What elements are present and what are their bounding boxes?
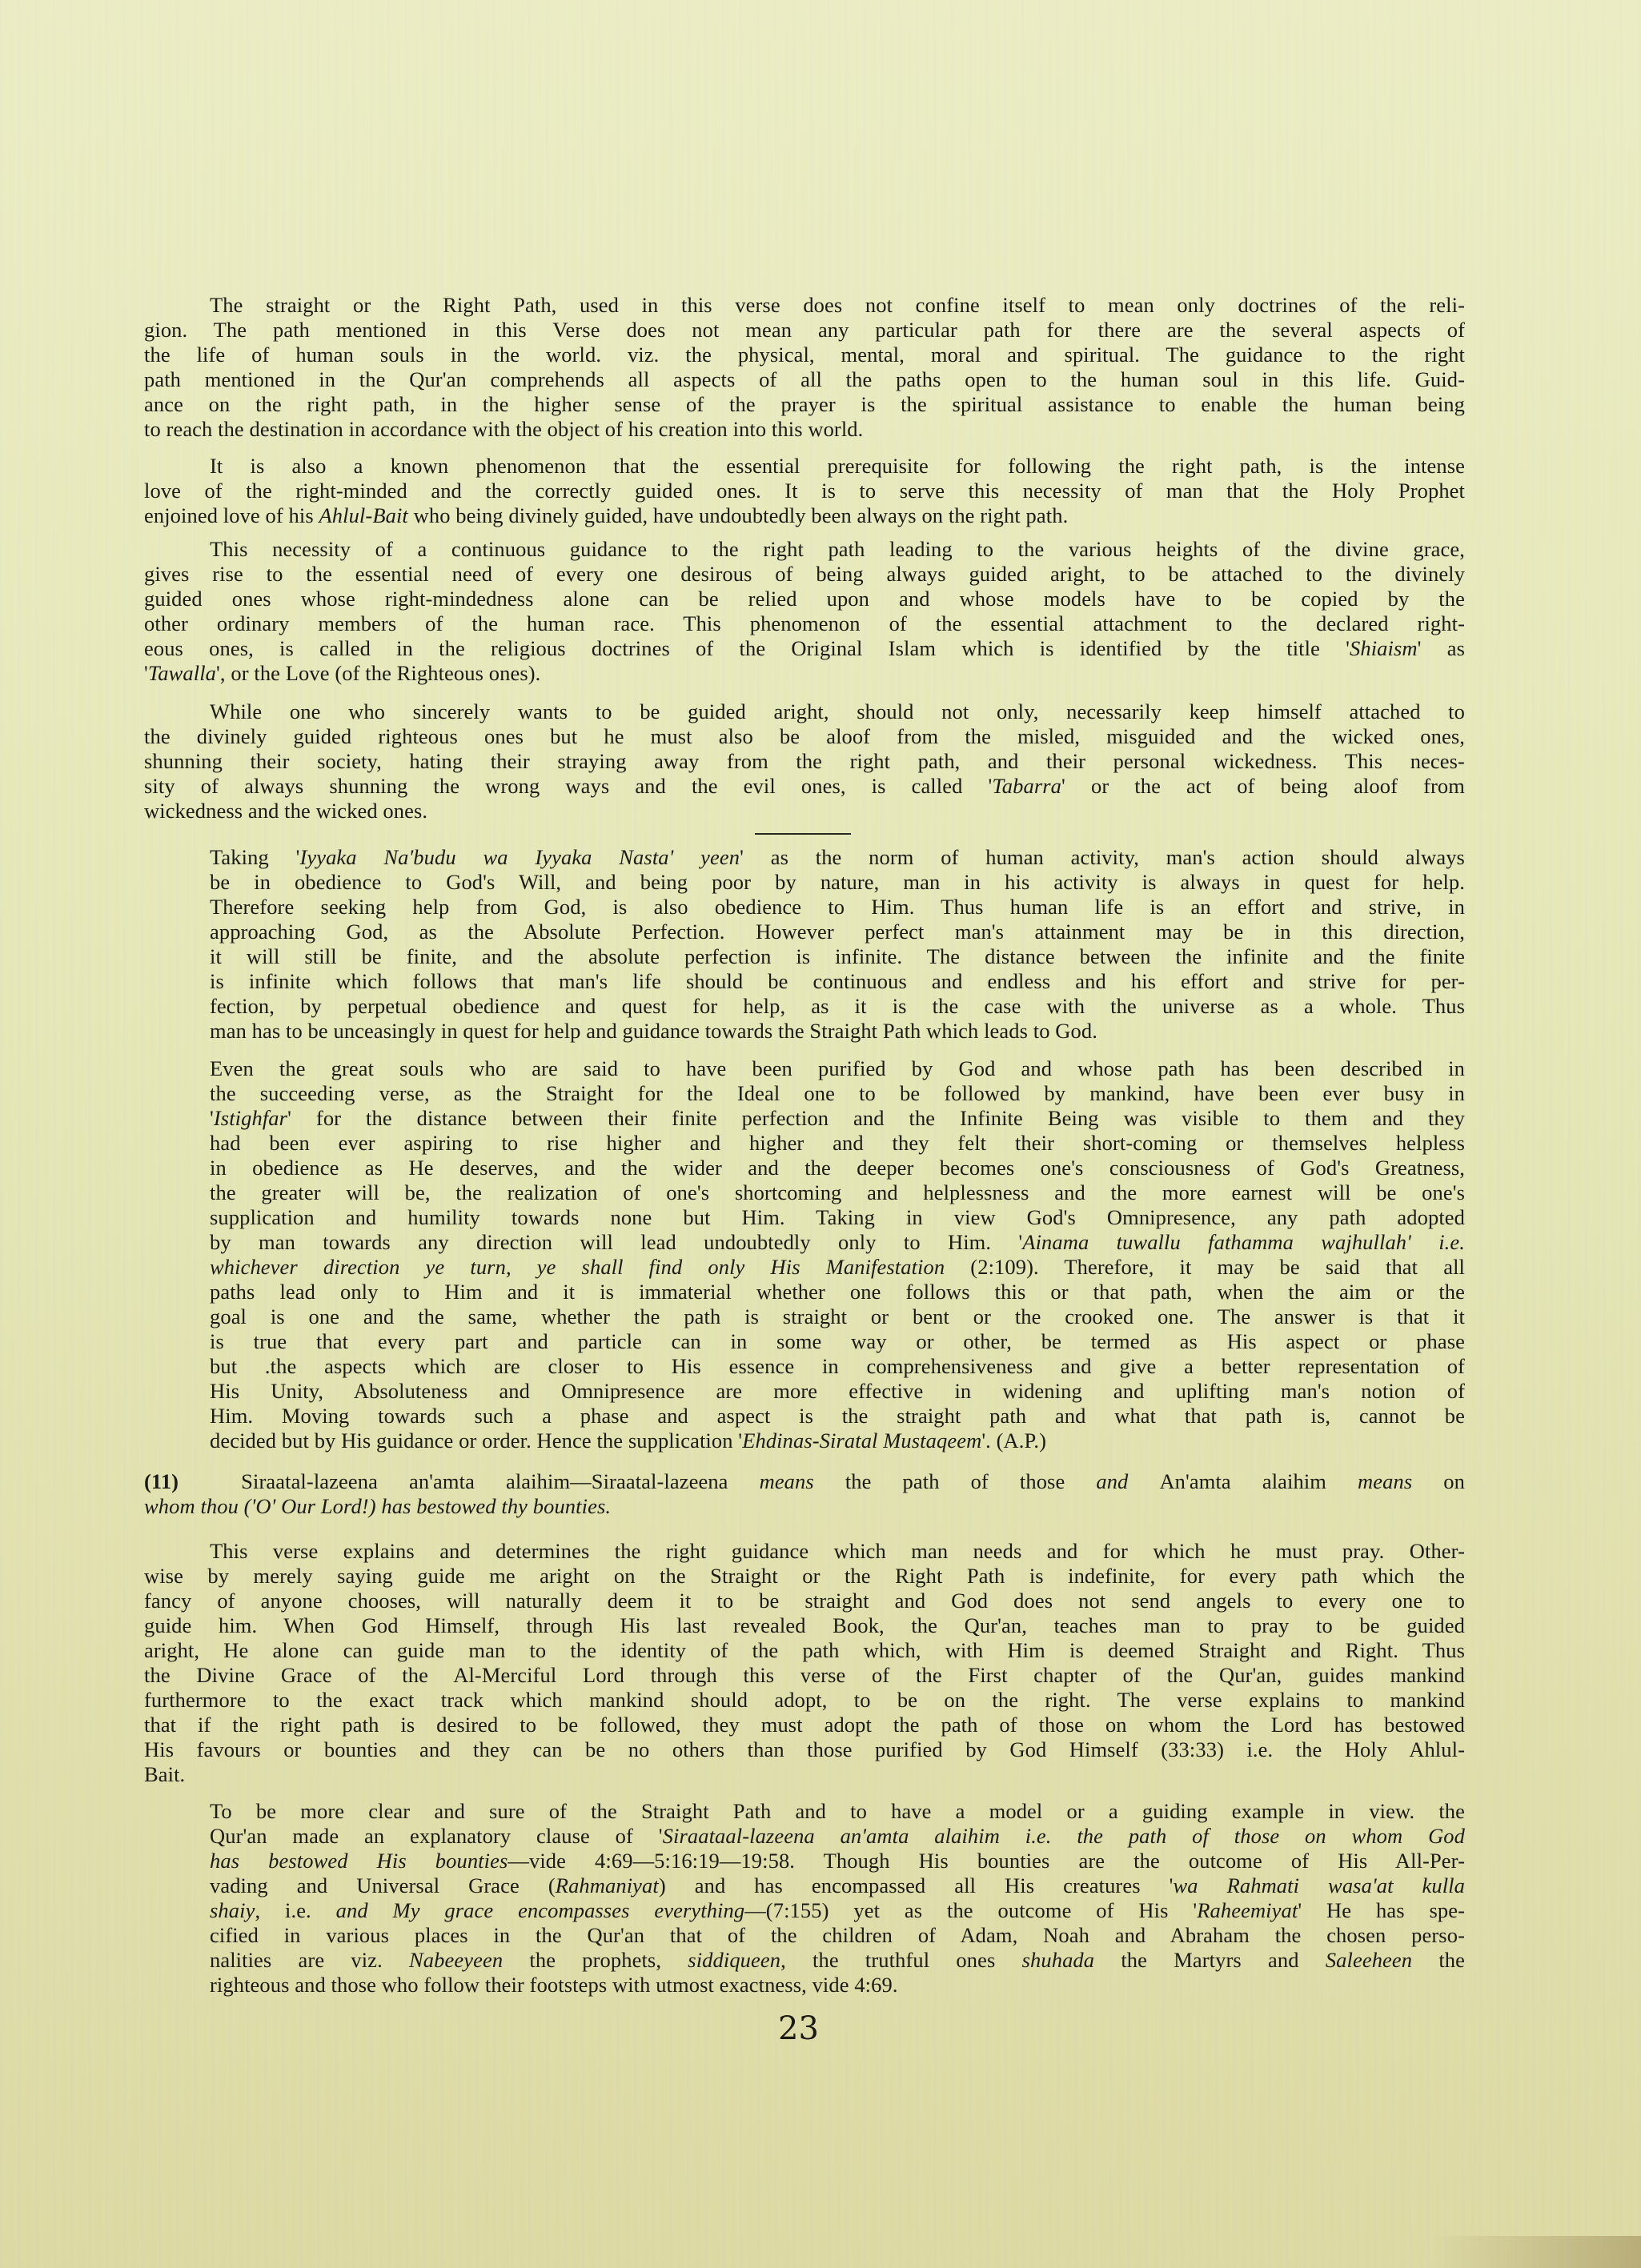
italic-term: wa Rahmati wasa'at kulla (1173, 1873, 1465, 1897)
text-line: cified in various places in the Qur'an t… (210, 1923, 1465, 1948)
text-run: ' He has spe- (1298, 1898, 1465, 1922)
text-line: His favours or bounties and they can be … (144, 1737, 1465, 1762)
text-line: the greater will be, the realization of … (210, 1180, 1465, 1205)
text-run: vading and Universal Grace ( (210, 1873, 556, 1897)
scanned-book-page: The straight or the Right Path, used in … (0, 0, 1641, 2268)
note-great-souls: Even the great souls who are said to hav… (210, 1056, 1465, 1453)
text-run: ' or the act of being aloof from (1061, 774, 1465, 798)
verse-11-line-1: (11) Siraatal-lazeena an'amta alaihim—Si… (144, 1469, 1465, 1494)
text-run: —(7:155) yet as the outcome of His ' (744, 1898, 1197, 1922)
text-run: enjoined love of his (144, 503, 319, 527)
text-line: His Unity, Absoluteness and Omnipresence… (210, 1379, 1465, 1404)
text-line: eous ones, is called in the religious do… (144, 636, 1465, 661)
text-line: it will still be finite, and the absolut… (210, 944, 1465, 969)
text-line: but .the aspects which are closer to His… (210, 1354, 1465, 1379)
text-line: the life of human souls in the world. vi… (144, 343, 1465, 367)
italic-term: and (1065, 1469, 1159, 1493)
text-line: has bestowed His bounties—vide 4:69—5:16… (210, 1849, 1465, 1873)
text-line: decided but by His guidance or order. He… (210, 1429, 1465, 1453)
text-line: enjoined love of his Ahlul-Bait who bein… (144, 503, 1465, 528)
text-line: righteous and those who follow their foo… (210, 1973, 1465, 1998)
text-line: guided ones whose right-mindedness alone… (144, 587, 1465, 611)
text-line: guide him. When God Himself, through His… (144, 1613, 1465, 1638)
text-run: , i.e. (255, 1898, 335, 1922)
text-run: nalities are viz. (210, 1948, 409, 1972)
text-line: man has to be unceasingly in quest for h… (210, 1019, 1465, 1044)
text-line: vading and Universal Grace (Rahmaniyat) … (210, 1873, 1465, 1898)
text-line: Him. Moving towards such a phase and asp… (210, 1404, 1465, 1429)
text-line: to reach the destination in accordance w… (144, 417, 1465, 442)
text-run: the Martyrs and (1094, 1948, 1326, 1972)
italic-term: and My grace encompasses everything (336, 1898, 745, 1922)
italic-term: means (1326, 1469, 1443, 1493)
text-line: Taking 'Iyyaka Na'budu wa Iyyaka Nasta' … (210, 845, 1465, 870)
text-line: that if the right path is desired to be … (144, 1713, 1465, 1737)
verse-number: (11) (144, 1469, 179, 1493)
italic-term: Siraataal-lazeena an'amta alaihim i.e. t… (663, 1824, 1465, 1848)
italic-term: shuhada (1022, 1948, 1095, 1972)
italic-term: Tabarra (992, 774, 1061, 798)
text-line: approaching God, as the Absolute Perfect… (210, 920, 1465, 944)
text-run: ', or the Love (of the Righteous ones). (216, 661, 540, 685)
italic-term: means (728, 1469, 845, 1493)
text-line: by man towards any direction will lead u… (210, 1230, 1465, 1255)
text-line: other ordinary members of the human race… (144, 611, 1465, 636)
text-line: wise by merely saying guide me aright on… (144, 1564, 1465, 1589)
text-line: aright, He alone can guide man to the id… (144, 1638, 1465, 1663)
text-run: decided but by His guidance or order. He… (210, 1429, 742, 1453)
paragraph-right-path: The straight or the Right Path, used in … (144, 293, 1465, 442)
text-line: paths lead only to Him and it is immater… (210, 1280, 1465, 1304)
text-line: This necessity of a continuous guidance … (144, 537, 1465, 562)
text-line: Therefore seeking help from God, is also… (210, 895, 1465, 920)
text-run: on (1443, 1469, 1465, 1493)
italic-term: Ehdinas-Siratal Mustaqeem (742, 1429, 981, 1453)
italic-term: Tawalla (148, 661, 216, 685)
text-line: is infinite which follows that man's lif… (210, 969, 1465, 994)
text-run: (2:109). Therefore, it may be said that … (945, 1255, 1465, 1279)
text-line: is true that every part and particle can… (210, 1329, 1465, 1354)
italic-term: Ainama tuwallu fathamma wajhullah' i.e. (1022, 1230, 1465, 1254)
text-line: ance on the right path, in the higher se… (144, 392, 1465, 417)
italic-term: Rahmaniyat (556, 1873, 659, 1897)
text-run: the (1412, 1948, 1465, 1972)
text-line: This verse explains and determines the r… (144, 1539, 1465, 1564)
text-run: eous ones, is called in the religious do… (144, 636, 1350, 660)
italic-term: Raheemiyat (1197, 1898, 1298, 1922)
text-line: fection, by perpetual obedience and ques… (210, 994, 1465, 1019)
italic-term: shaiy (210, 1898, 255, 1922)
text-run: ' as the norm of human activity, man's a… (740, 845, 1465, 869)
text-run: , the truthful ones (780, 1948, 1022, 1972)
text-line: love of the right-minded and the correct… (144, 479, 1465, 503)
text-run: ' as (1418, 636, 1465, 660)
text-line: Even the great souls who are said to hav… (210, 1056, 1465, 1081)
page-corner-shadow (1433, 2236, 1641, 2268)
text-run: Siraatal-lazeena an'amta alaihim—Siraata… (241, 1469, 728, 1493)
italic-term: Istighfar (214, 1106, 287, 1130)
page-number: 23 (778, 2010, 819, 2047)
paragraph-tabarra: While one who sincerely wants to be guid… (144, 699, 1465, 823)
text-line: gion. The path mentioned in this Verse d… (144, 318, 1465, 343)
verse-11-heading: (11) Siraatal-lazeena an'amta alaihim—Si… (144, 1469, 1465, 1519)
text-run: —vide 4:69—5:16:19—19:58. Though His bou… (508, 1849, 1465, 1873)
text-run: ' for the distance between their finite … (287, 1106, 1465, 1130)
text-line: whichever direction ye turn, ye shall fi… (210, 1255, 1465, 1280)
text-run: ) and has encompassed all His creatures … (659, 1873, 1174, 1897)
note-straight-path-model: To be more clear and sure of the Straigh… (210, 1799, 1465, 1998)
text-run: Taking ' (210, 845, 299, 869)
text-line: supplication and humility towards none b… (210, 1205, 1465, 1230)
note-iyyaka: Taking 'Iyyaka Na'budu wa Iyyaka Nasta' … (210, 845, 1465, 1044)
text-run: '. (A.P.) (981, 1429, 1046, 1453)
text-run: the prophets, (503, 1948, 688, 1972)
italic-term: Saleeheen (1326, 1948, 1412, 1972)
text-line: The straight or the Right Path, used in … (144, 293, 1465, 318)
italic-term: has bestowed His bounties (210, 1849, 508, 1873)
italic-term: Nabeeyeen (409, 1948, 503, 1972)
text-line: Qur'an made an explanatory clause of 'Si… (210, 1824, 1465, 1849)
paragraph-tawalla: This necessity of a continuous guidance … (144, 537, 1465, 686)
verse-11-line-2: whom thou ('O' Our Lord!) has bestowed t… (144, 1494, 1465, 1519)
text-line: To be more clear and sure of the Straigh… (210, 1799, 1465, 1824)
text-line: shaiy, i.e. and My grace encompasses eve… (210, 1898, 1465, 1923)
italic-term: whichever direction ye turn, ye shall fi… (210, 1255, 945, 1279)
text-run: Qur'an made an explanatory clause of ' (210, 1824, 663, 1848)
paragraph-prerequisite: It is also a known phenomenon that the e… (144, 454, 1465, 528)
text-line: shunning their society, hating their str… (144, 749, 1465, 774)
italic-term: siddiqueen (688, 1948, 780, 1972)
text-run: who being divinely guided, have undoubte… (408, 503, 1068, 527)
text-line: in obedience as He deserves, and the wid… (210, 1156, 1465, 1180)
italic-term: Shiaism (1350, 636, 1418, 660)
text-line: the Divine Grace of the Al-Merciful Lord… (144, 1663, 1465, 1688)
text-line: Bait. (144, 1762, 1465, 1787)
text-line: furthermore to the exact track which man… (144, 1688, 1465, 1713)
text-line: sity of always shunning the wrong ways a… (144, 774, 1465, 799)
italic-term: Ahlul-Bait (319, 503, 407, 527)
text-line: path mentioned in the Qur'an comprehends… (144, 367, 1465, 392)
text-line: It is also a known phenomenon that the e… (144, 454, 1465, 479)
text-line: had been ever aspiring to rise higher an… (210, 1131, 1465, 1156)
text-line: be in obedience to God's Will, and being… (210, 870, 1465, 895)
paragraph-verse-explains: This verse explains and determines the r… (144, 1539, 1465, 1787)
text-line: goal is one and the same, whether the pa… (210, 1304, 1465, 1329)
text-line: 'Istighfar' for the distance between the… (210, 1106, 1465, 1131)
text-run: by man towards any direction will lead u… (210, 1230, 1022, 1254)
text-line: the divinely guided righteous ones but h… (144, 724, 1465, 749)
italic-term: Iyyaka Na'budu wa Iyyaka Nasta' yeen (299, 845, 740, 869)
text-line: the succeeding verse, as the Straight fo… (210, 1081, 1465, 1106)
text-line: nalities are viz. Nabeeyeen the prophets… (210, 1948, 1465, 1973)
text-line: While one who sincerely wants to be guid… (144, 699, 1465, 724)
section-divider (755, 833, 851, 835)
text-run: sity of always shunning the wrong ways a… (144, 774, 992, 798)
text-run: the path of those (845, 1469, 1065, 1493)
text-line: wickedness and the wicked ones. (144, 799, 1465, 823)
text-run: An'amta alaihim (1159, 1469, 1326, 1493)
text-line: fancy of anyone chooses, will naturally … (144, 1589, 1465, 1613)
text-line: gives rise to the essential need of ever… (144, 562, 1465, 587)
text-line: 'Tawalla', or the Love (of the Righteous… (144, 661, 1465, 686)
